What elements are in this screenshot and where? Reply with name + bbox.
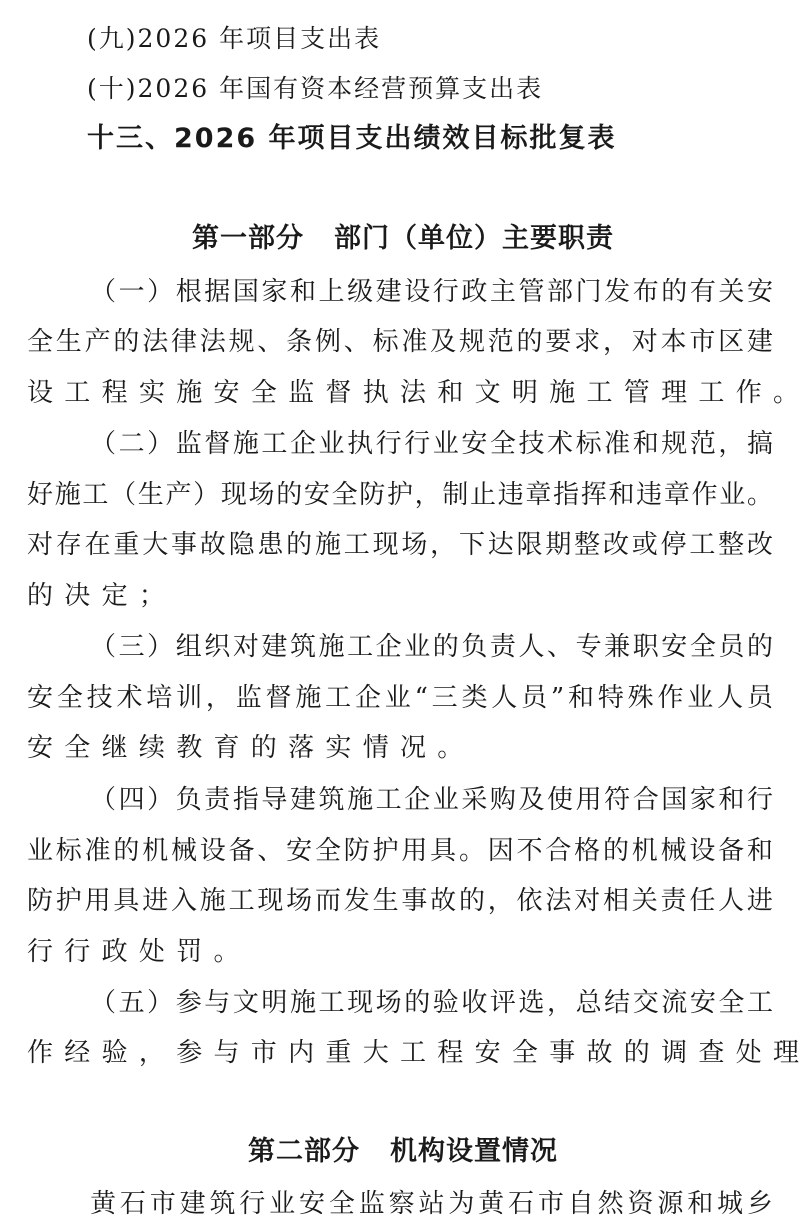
paragraph-line: （五）参与文明施工现场的验收评选，总结交流安全工	[90, 986, 773, 1020]
paragraph-line: 全生产的法律法规、条例、标准及规范的要求，对本市区建	[27, 325, 773, 359]
paragraph-line: 防护用具进入施工现场而发生事故的，依法对相关责任人进	[27, 884, 773, 918]
paragraph-line: 安全继续教育的落实情况。	[27, 731, 773, 765]
paragraph-line: 的决定；	[27, 579, 773, 613]
toc-item-10: (十)2026 年国有资本经营预算支出表	[87, 72, 543, 106]
part1-heading: 第一部分部门（单位）主要职责	[0, 222, 806, 256]
toc-item-13: 十三、2026 年项目支出绩效目标批复表	[87, 122, 617, 156]
part1-heading-number: 第一部分	[192, 223, 304, 254]
paragraph-line: 对存在重大事故隐患的施工现场，下达限期整改或停工整改	[27, 528, 773, 562]
paragraph-line: 好施工（生产）现场的安全防护，制止违章指挥和违章作业。	[27, 478, 773, 512]
part1-heading-title: 部门（单位）主要职责	[334, 223, 614, 254]
part2-heading: 第二部分机构设置情况	[0, 1135, 806, 1169]
paragraph-line: 安全技术培训，监督施工企业“三类人员”和特殊作业人员	[27, 681, 773, 715]
paragraph-line: 作经验，参与市内重大工程安全事故的调查处理。	[27, 1036, 773, 1070]
part2-first-line: 黄石市建筑行业安全监察站为黄石市自然资源和城乡	[90, 1187, 773, 1221]
paragraph-line: （二）监督施工企业执行行业安全技术标准和规范，搞	[90, 427, 773, 461]
paragraph-line: （一）根据国家和上级建设行政主管部门发布的有关安	[90, 275, 773, 309]
paragraph-line: 设工程实施安全监督执法和文明施工管理工作。	[27, 376, 773, 410]
part2-heading-title: 机构设置情况	[390, 1136, 558, 1167]
toc-item-9: (九)2026 年项目支出表	[87, 22, 381, 56]
paragraph-line: （四）负责指导建筑施工企业采购及使用符合国家和行	[90, 783, 773, 817]
paragraph-line: 行行政处罚。	[27, 935, 773, 969]
paragraph-line: 业标准的机械设备、安全防护用具。因不合格的机械设备和	[27, 834, 773, 868]
part2-heading-number: 第二部分	[248, 1136, 360, 1167]
paragraph-line: （三）组织对建筑施工企业的负责人、专兼职安全员的	[90, 630, 773, 664]
